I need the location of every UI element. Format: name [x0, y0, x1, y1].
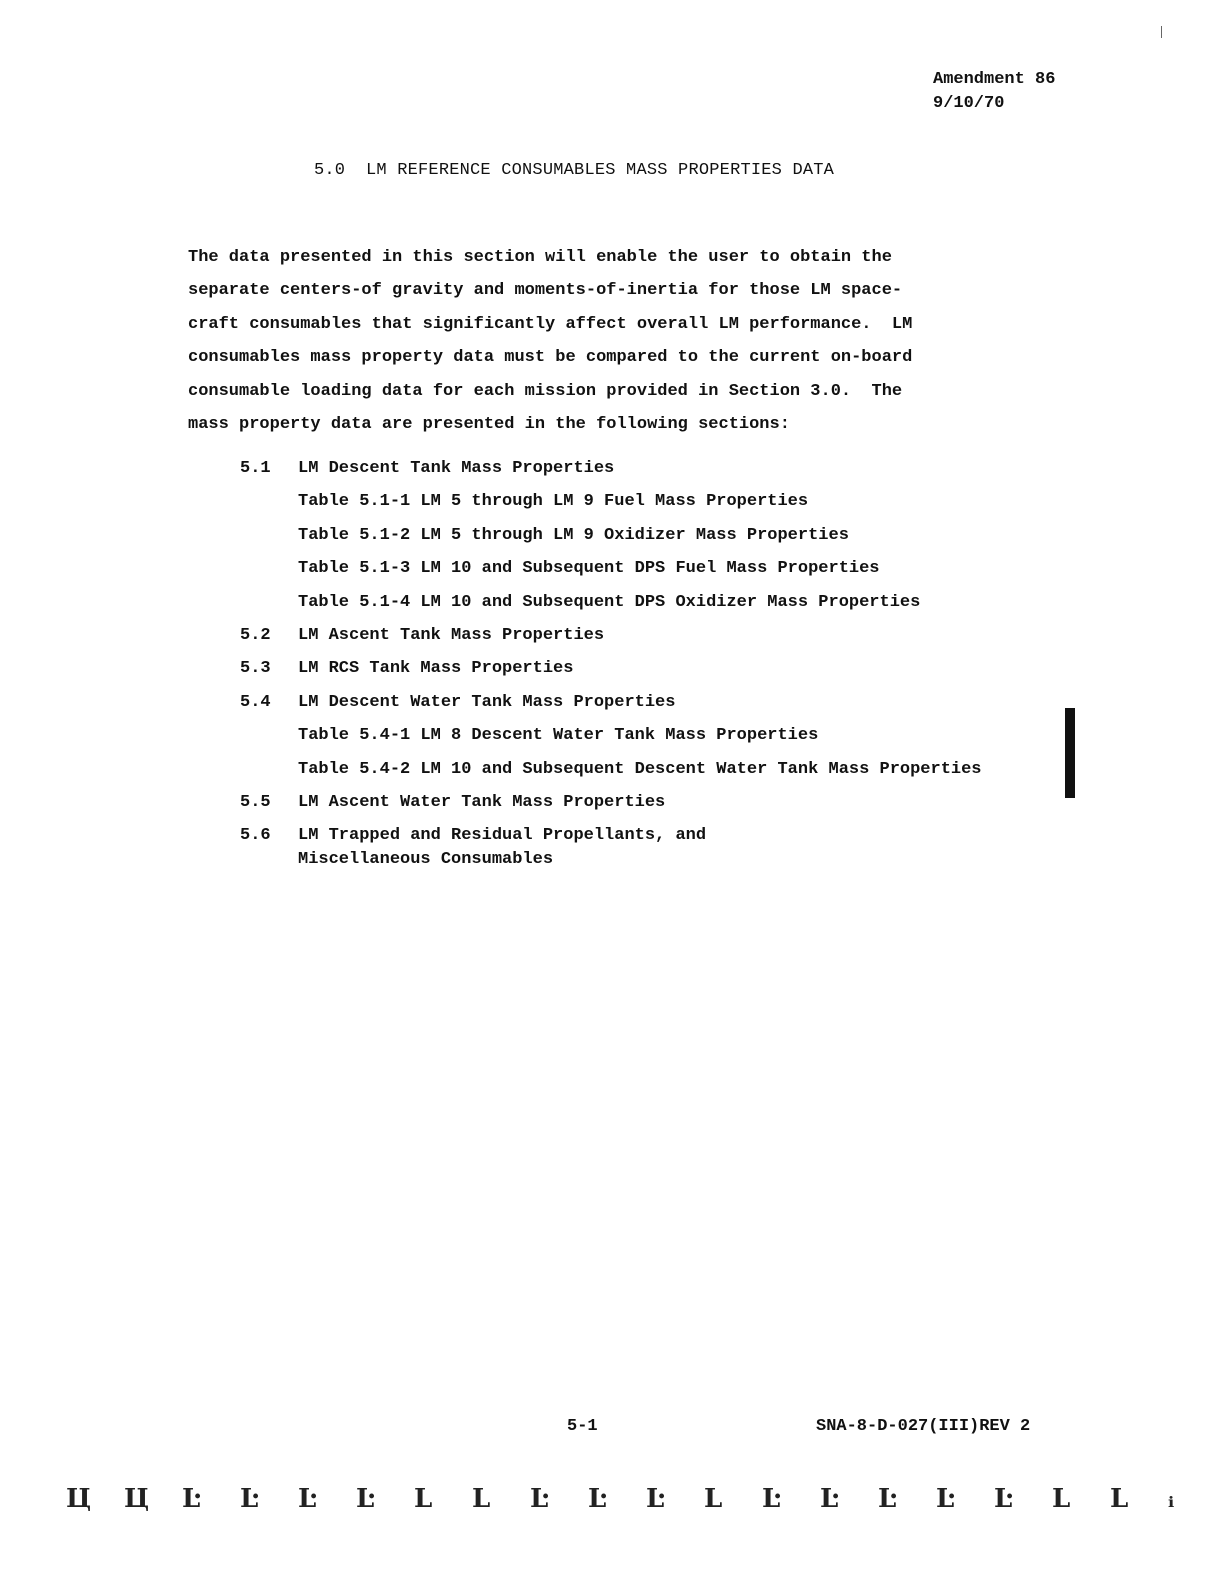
toc-label: LM Trapped and Residual Propellants, and: [298, 824, 706, 848]
edge-mark: Ŀ: [588, 1484, 646, 1514]
intro-paragraph: The data presented in this section will …: [188, 241, 912, 441]
edge-mark: Ŀ: [820, 1484, 878, 1514]
toc-item-5-1: 5.1 LM Descent Tank Mass Properties: [240, 452, 982, 485]
toc-item-5-2: 5.2 LM Ascent Tank Mass Properties: [240, 619, 982, 652]
edge-mark: Ŀ: [762, 1484, 820, 1514]
toc-number: 5.4: [240, 686, 298, 719]
amendment-date: 9/10/70: [933, 92, 1055, 116]
toc-label: Table 5.1-4 LM 10 and Subsequent DPS Oxi…: [298, 586, 920, 619]
toc-number: 5.6: [240, 824, 298, 872]
intro-line: separate centers-of gravity and moments-…: [188, 274, 912, 307]
intro-line: consumables mass property data must be c…: [188, 341, 912, 374]
intro-line: craft consumables that significantly aff…: [188, 308, 912, 341]
amendment-label: Amendment 86: [933, 68, 1055, 92]
toc-number: 5.2: [240, 619, 298, 652]
page-number: 5-1: [567, 1417, 598, 1436]
edge-mark: Ŀ: [356, 1484, 414, 1514]
toc-table-5-1-4: Table 5.1-4 LM 10 and Subsequent DPS Oxi…: [240, 586, 982, 619]
toc-number: 5.3: [240, 652, 298, 685]
toc-label: Table 5.1-3 LM 10 and Subsequent DPS Fue…: [298, 552, 880, 585]
edge-mark: Ŀ: [182, 1484, 240, 1514]
edge-mark: Ц: [124, 1484, 182, 1514]
edge-mark: ᵢ: [1168, 1484, 1220, 1514]
toc-label: Table 5.4-2 LM 10 and Subsequent Descent…: [298, 753, 982, 786]
edge-mark: Ŀ: [994, 1484, 1052, 1514]
intro-line: consumable loading data for each mission…: [188, 375, 912, 408]
intro-line: mass property data are presented in the …: [188, 408, 912, 441]
edge-mark: L: [472, 1484, 530, 1514]
section-title: 5.0 LM REFERENCE CONSUMABLES MASS PROPER…: [314, 161, 834, 180]
scan-edge-marks: Ц Ц Ŀ Ŀ Ŀ Ŀ L L Ŀ Ŀ Ŀ L Ŀ Ŀ Ŀ Ŀ Ŀ L L ᵢ: [66, 1484, 1220, 1514]
edge-mark: L: [704, 1484, 762, 1514]
edge-mark: Ŀ: [646, 1484, 704, 1514]
toc-number: 5.5: [240, 786, 298, 819]
toc-label: Table 5.1-1 LM 5 through LM 9 Fuel Mass …: [298, 485, 808, 518]
revision-change-bar: [1065, 708, 1075, 798]
toc-label: Table 5.4-1 LM 8 Descent Water Tank Mass…: [298, 719, 818, 752]
toc-label: LM Descent Tank Mass Properties: [298, 452, 614, 485]
amendment-header: Amendment 86 9/10/70: [933, 68, 1055, 116]
toc-item-5-5: 5.5 LM Ascent Water Tank Mass Properties: [240, 786, 982, 819]
toc-table-5-4-1: Table 5.4-1 LM 8 Descent Water Tank Mass…: [240, 719, 982, 752]
toc-label: Table 5.1-2 LM 5 through LM 9 Oxidizer M…: [298, 519, 849, 552]
toc-item-5-6: 5.6 LM Trapped and Residual Propellants,…: [240, 819, 982, 872]
edge-mark: Ŀ: [936, 1484, 994, 1514]
toc-label: LM Ascent Water Tank Mass Properties: [298, 786, 665, 819]
edge-mark: Ц: [66, 1484, 124, 1514]
scan-mark: [1161, 26, 1162, 38]
toc-table-5-1-1: Table 5.1-1 LM 5 through LM 9 Fuel Mass …: [240, 485, 982, 518]
toc-number: 5.1: [240, 452, 298, 485]
edge-mark: Ŀ: [240, 1484, 298, 1514]
toc-label-continued: Miscellaneous Consumables: [298, 848, 706, 872]
edge-mark: L: [1110, 1484, 1168, 1514]
intro-line: The data presented in this section will …: [188, 241, 912, 274]
toc-label: LM RCS Tank Mass Properties: [298, 652, 573, 685]
toc-label: LM Descent Water Tank Mass Properties: [298, 686, 675, 719]
section-list: 5.1 LM Descent Tank Mass Properties Tabl…: [240, 452, 982, 872]
toc-label: LM Ascent Tank Mass Properties: [298, 619, 604, 652]
toc-table-5-4-2: Table 5.4-2 LM 10 and Subsequent Descent…: [240, 753, 982, 786]
edge-mark: Ŀ: [530, 1484, 588, 1514]
document-id: SNA-8-D-027(III)REV 2: [816, 1417, 1030, 1436]
edge-mark: L: [414, 1484, 472, 1514]
toc-table-5-1-3: Table 5.1-3 LM 10 and Subsequent DPS Fue…: [240, 552, 982, 585]
edge-mark: L: [1052, 1484, 1110, 1514]
edge-mark: Ŀ: [878, 1484, 936, 1514]
toc-table-5-1-2: Table 5.1-2 LM 5 through LM 9 Oxidizer M…: [240, 519, 982, 552]
toc-item-5-3: 5.3 LM RCS Tank Mass Properties: [240, 652, 982, 685]
toc-item-5-4: 5.4 LM Descent Water Tank Mass Propertie…: [240, 686, 982, 719]
edge-mark: Ŀ: [298, 1484, 356, 1514]
